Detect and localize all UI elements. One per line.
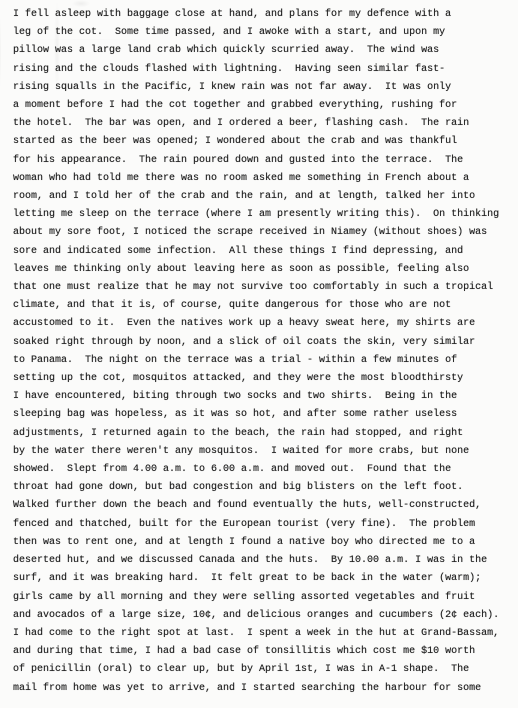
typewritten-page: I fell asleep with baggage close at hand… <box>0 0 518 708</box>
page-text: I fell asleep with baggage close at hand… <box>13 6 514 698</box>
